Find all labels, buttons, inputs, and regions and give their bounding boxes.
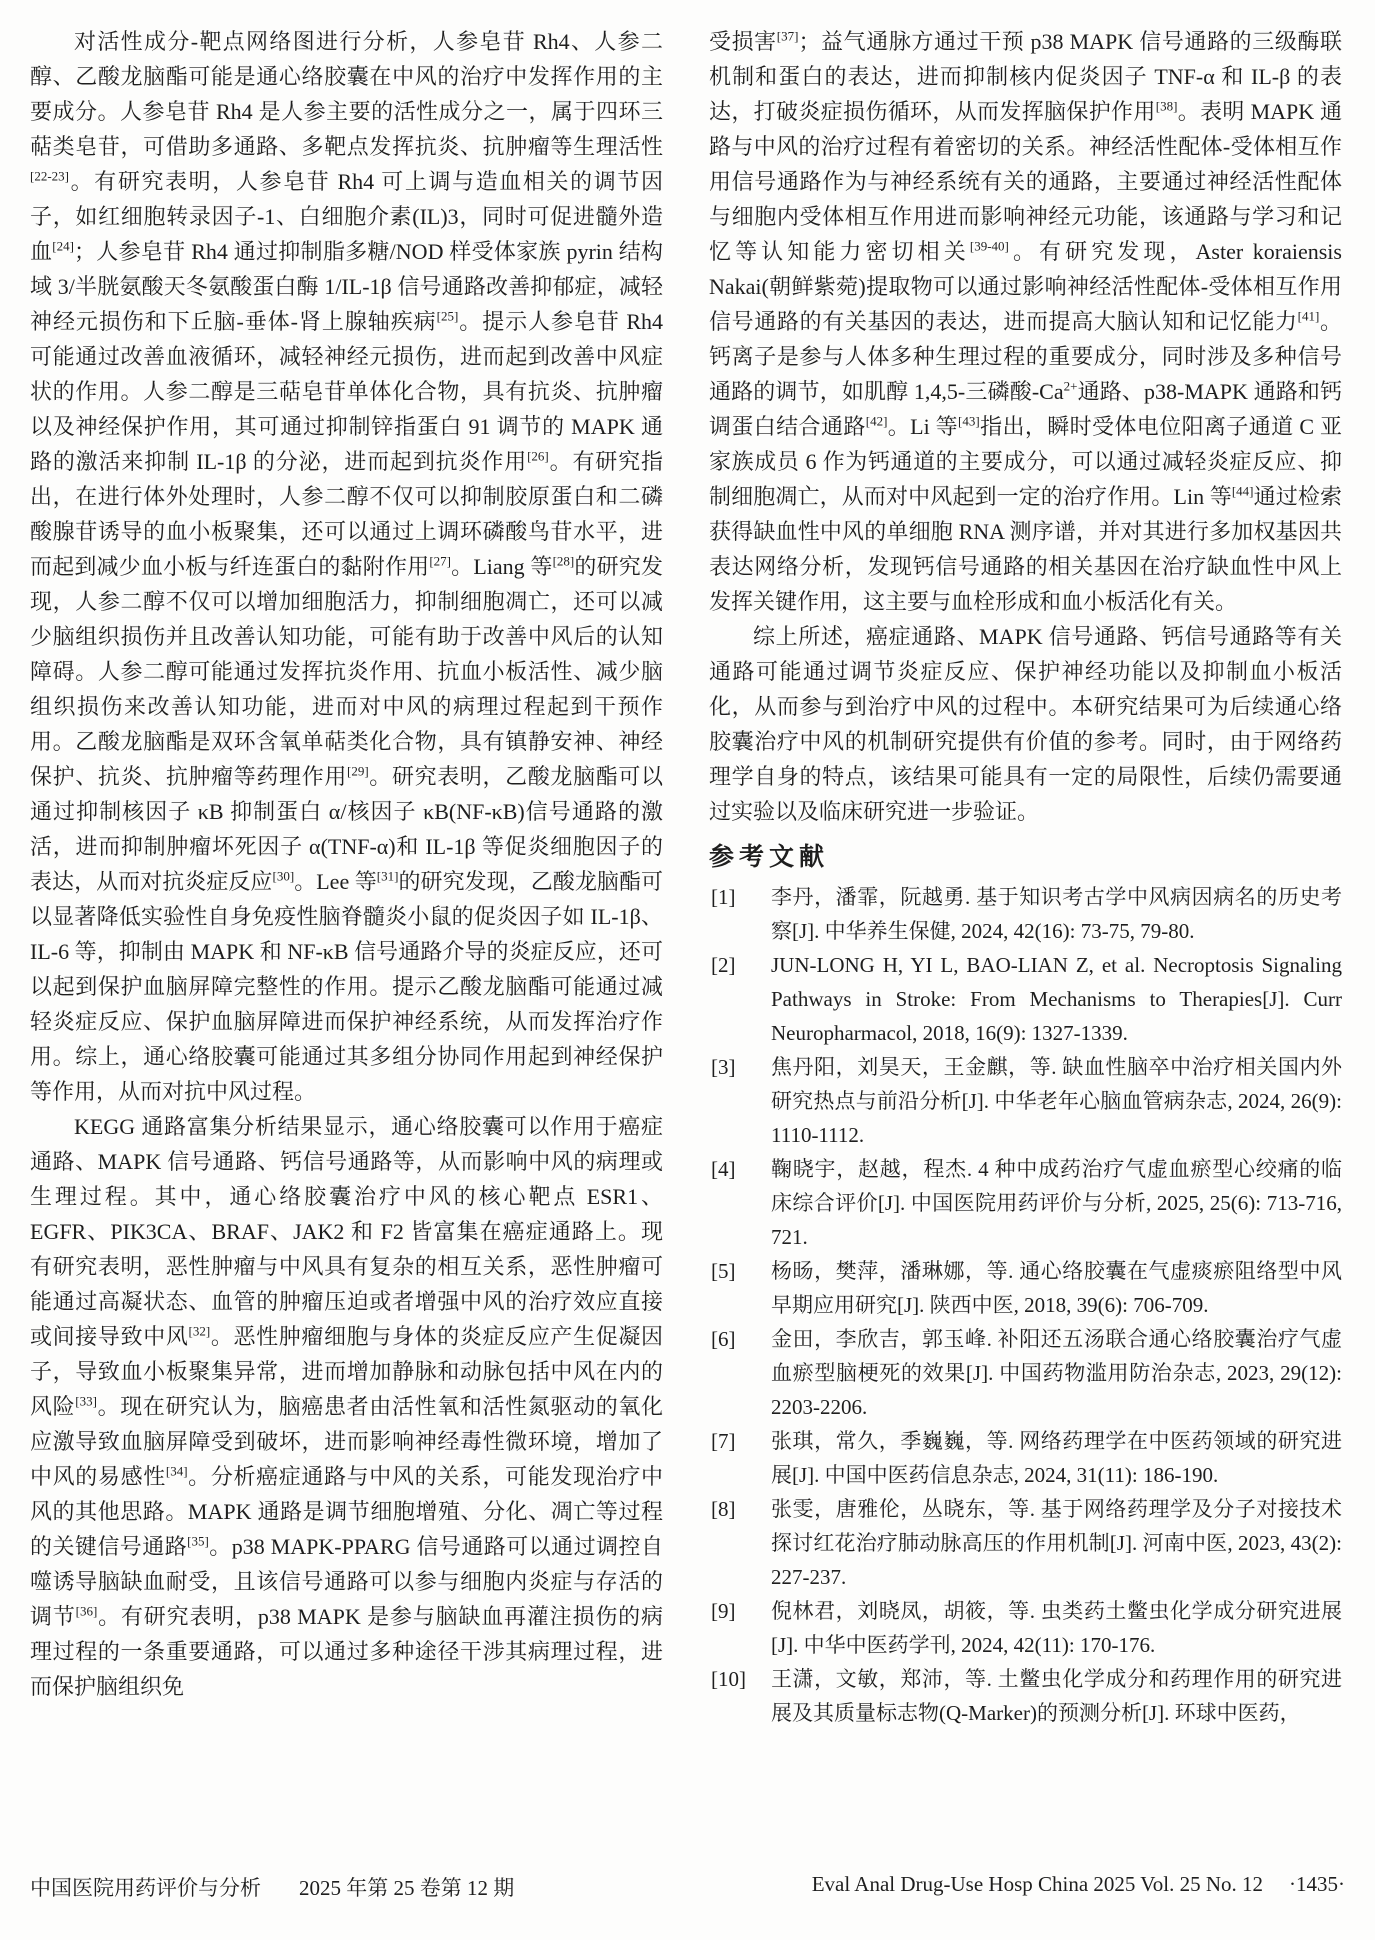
reference-number: [2] (711, 948, 736, 982)
journal-page: 对活性成分-靶点网络图进行分析，人参皂苷 Rh4、人参二醇、乙酸龙脑酯可能是通心… (0, 0, 1375, 1940)
reference-text: 张雯，唐雅伦，丛晓东，等. 基于网络药理学及分子对接技术探讨红花治疗肺动脉高压的… (771, 1497, 1342, 1589)
reference-number: [5] (711, 1254, 736, 1288)
reference-text: 张琪，常久，季巍巍，等. 网络药理学在中医药领域的研究进展[J]. 中国中医药信… (771, 1429, 1342, 1487)
body-paragraph-continuation: 受损害[37]；益气通脉方通过干预 p38 MAPK 信号通路的三级酶联机制和蛋… (709, 24, 1342, 619)
reference-text: 焦丹阳，刘昊天，王金麒，等. 缺血性脑卒中治疗相关国内外研究热点与前沿分析[J]… (771, 1055, 1342, 1147)
reference-text: 杨旸，樊萍，潘琳娜，等. 通心络胶囊在气虚痰瘀阻络型中风早期应用研究[J]. 陕… (771, 1259, 1342, 1317)
right-column: 受损害[37]；益气通脉方通过干预 p38 MAPK 信号通路的三级酶联机制和蛋… (709, 24, 1342, 1730)
footer-right: Eval Anal Drug-Use Hosp China 2025 Vol. … (812, 1872, 1345, 1902)
footer-issue-cn: 2025 年第 25 卷第 12 期 (299, 1876, 514, 1900)
body-paragraph-kegg: KEGG 通路富集分析结果显示，通心络胶囊可以作用于癌症通路、MAPK 信号通路… (30, 1109, 663, 1704)
reference-text: 倪林君，刘晓凤，胡筱，等. 虫类药土鳖虫化学成分研究进展[J]. 中华中医药学刊… (771, 1599, 1342, 1657)
left-column: 对活性成分-靶点网络图进行分析，人参皂苷 Rh4、人参二醇、乙酸龙脑酯可能是通心… (30, 24, 663, 1730)
footer-journal-title-en: Eval Anal Drug-Use Hosp China 2025 Vol. … (812, 1872, 1263, 1896)
reference-text: 李丹，潘霏，阮越勇. 基于知识考古学中风病因病名的历史考察[J]. 中华养生保健… (771, 885, 1342, 943)
references-list: [1] 李丹，潘霏，阮越勇. 基于知识考古学中风病因病名的历史考察[J]. 中华… (709, 880, 1342, 1730)
reference-item: [5] 杨旸，樊萍，潘琳娜，等. 通心络胶囊在气虚痰瘀阻络型中风早期应用研究[J… (709, 1254, 1342, 1322)
reference-item: [8] 张雯，唐雅伦，丛晓东，等. 基于网络药理学及分子对接技术探讨红花治疗肺动… (709, 1492, 1342, 1594)
reference-number: [3] (711, 1050, 736, 1084)
reference-text: 金田，李欣吉，郭玉峰. 补阳还五汤联合通心络胶囊治疗气虚血瘀型脑梗死的效果[J]… (771, 1327, 1342, 1419)
reference-number: [4] (711, 1152, 736, 1186)
footer-page-number: ·1435· (1289, 1872, 1345, 1896)
body-paragraph-active-components: 对活性成分-靶点网络图进行分析，人参皂苷 Rh4、人参二醇、乙酸龙脑酯可能是通心… (30, 24, 663, 1109)
reference-number: [1] (711, 880, 736, 914)
two-column-text: 对活性成分-靶点网络图进行分析，人参皂苷 Rh4、人参二醇、乙酸龙脑酯可能是通心… (30, 24, 1342, 1730)
reference-text: 鞠晓宇，赵越，程杰. 4 种中成药治疗气虚血瘀型心绞痛的临床综合评价[J]. 中… (771, 1157, 1342, 1249)
footer-left: 中国医院用药评价与分析2025 年第 25 卷第 12 期 (30, 1872, 514, 1902)
reference-number: [9] (711, 1594, 736, 1628)
reference-item: [9] 倪林君，刘晓凤，胡筱，等. 虫类药土鳖虫化学成分研究进展[J]. 中华中… (709, 1594, 1342, 1662)
body-paragraph-summary: 综上所述，癌症通路、MAPK 信号通路、钙信号通路等有关通路可能通过调节炎症反应… (709, 619, 1342, 829)
reference-item: [3] 焦丹阳，刘昊天，王金麒，等. 缺血性脑卒中治疗相关国内外研究热点与前沿分… (709, 1050, 1342, 1152)
reference-text: JUN-LONG H, YI L, BAO-LIAN Z, et al. Nec… (771, 953, 1342, 1045)
reference-item: [1] 李丹，潘霏，阮越勇. 基于知识考古学中风病因病名的历史考察[J]. 中华… (709, 880, 1342, 948)
reference-text: 王潇，文敏，郑沛，等. 土鳖虫化学成分和药理作用的研究进展及其质量标志物(Q-M… (771, 1667, 1342, 1725)
reference-number: [8] (711, 1492, 736, 1526)
footer-journal-title-cn: 中国医院用药评价与分析 (30, 1876, 261, 1900)
references-heading: 参考文献 (709, 837, 1342, 873)
reference-item: [2] JUN-LONG H, YI L, BAO-LIAN Z, et al.… (709, 948, 1342, 1050)
reference-number: [6] (711, 1322, 736, 1356)
reference-item: [4] 鞠晓宇，赵越，程杰. 4 种中成药治疗气虚血瘀型心绞痛的临床综合评价[J… (709, 1152, 1342, 1254)
reference-item: [10] 王潇，文敏，郑沛，等. 土鳖虫化学成分和药理作用的研究进展及其质量标志… (709, 1662, 1342, 1730)
reference-number: [7] (711, 1424, 736, 1458)
reference-item: [7] 张琪，常久，季巍巍，等. 网络药理学在中医药领域的研究进展[J]. 中国… (709, 1424, 1342, 1492)
reference-item: [6] 金田，李欣吉，郭玉峰. 补阳还五汤联合通心络胶囊治疗气虚血瘀型脑梗死的效… (709, 1322, 1342, 1424)
page-footer: 中国医院用药评价与分析2025 年第 25 卷第 12 期 Eval Anal … (30, 1872, 1345, 1902)
reference-number: [10] (711, 1662, 746, 1696)
